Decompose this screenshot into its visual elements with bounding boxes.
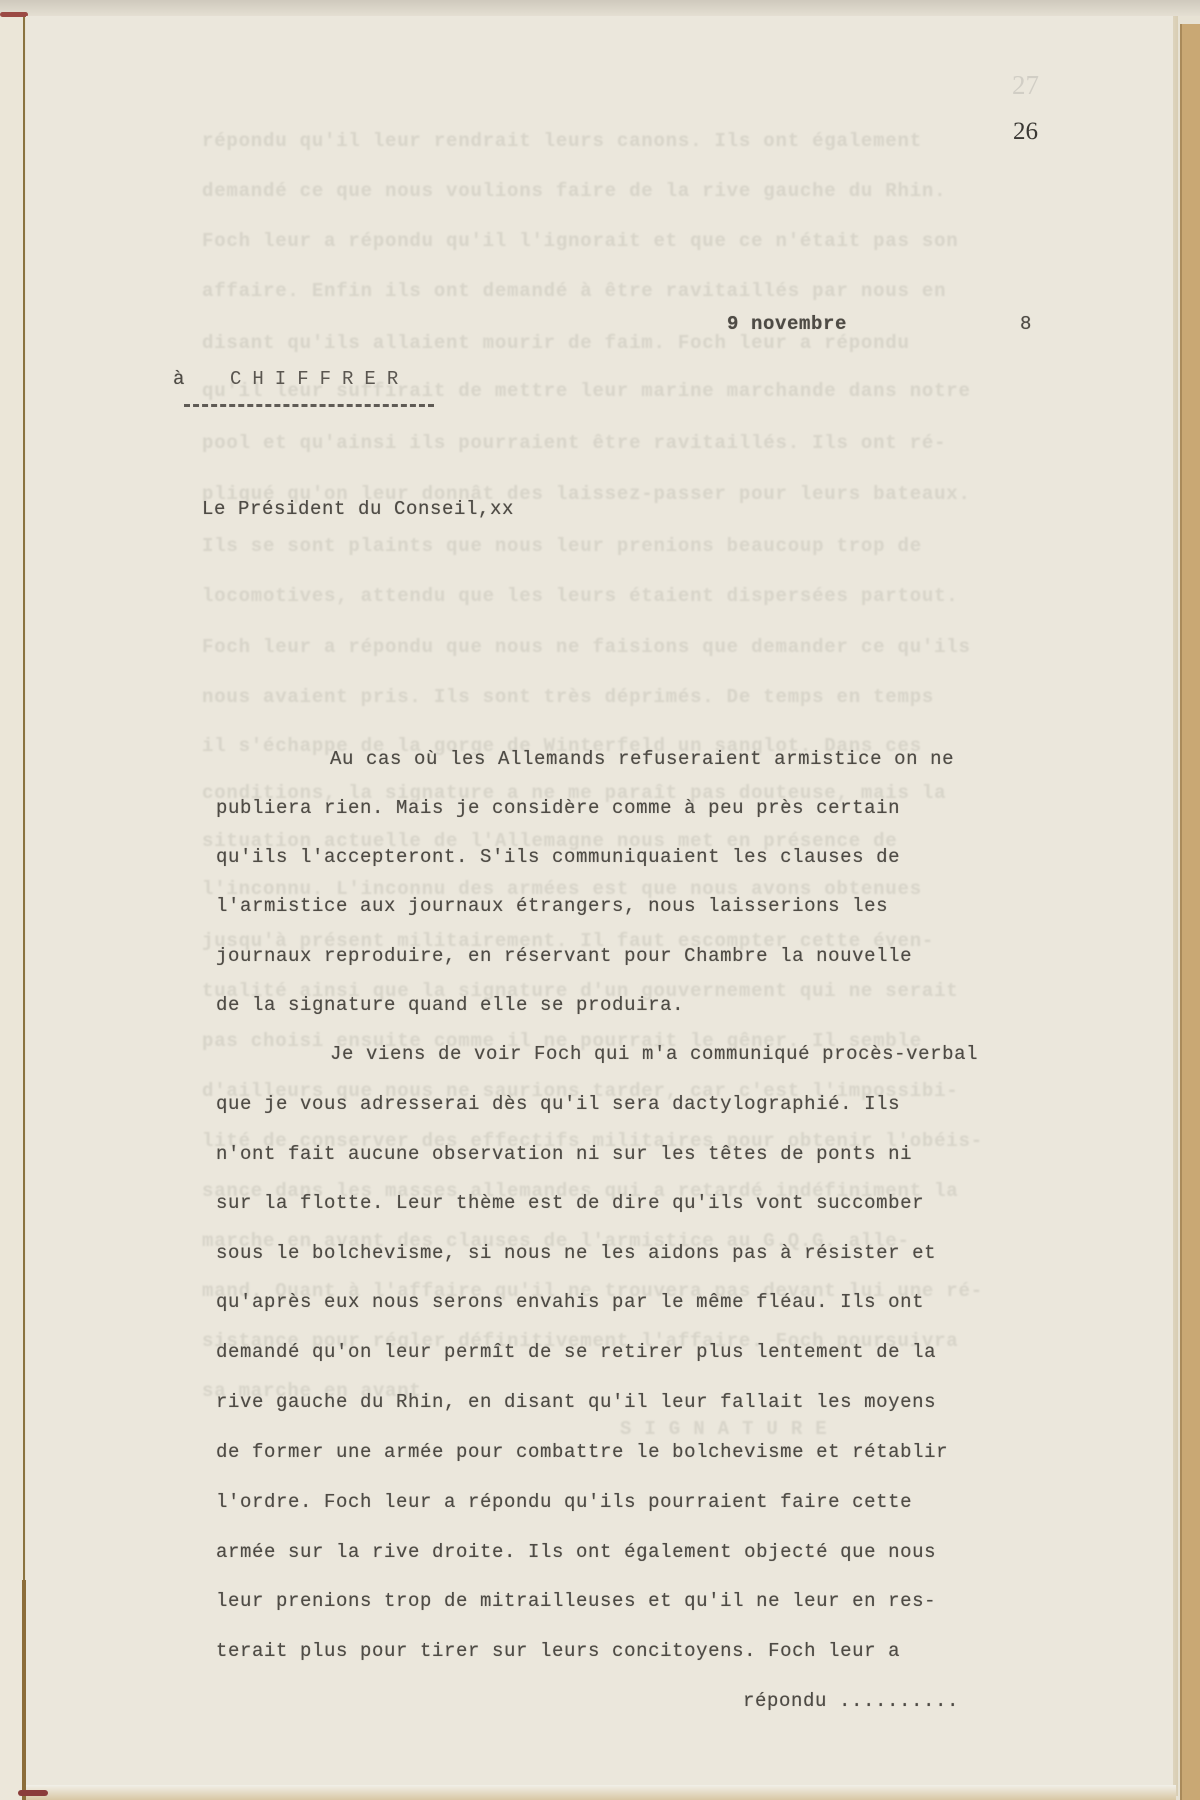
stamp-heading: CHIFFRER [230,368,409,390]
body-line: Je viens de voir Foch qui m'a communiqué… [330,1043,978,1065]
stamp-underline [184,404,434,407]
bleed-line: disant qu'ils allaient mourir de faim. F… [202,332,910,354]
closing-line: répondu .......... [743,1690,959,1712]
faint-page-number: 27 [1012,70,1039,101]
body-line: n'ont fait aucune observation ni sur les… [216,1143,912,1165]
body-line: qu'après eux nous serons envahis par le … [216,1291,924,1313]
date: 9 novembre [727,313,847,335]
body-line: de former une armée pour combattre le bo… [216,1441,948,1463]
body-line: demandé qu'on leur permît de se retirer … [216,1341,936,1363]
body-line: leur prenions trop de mitrailleuses et q… [216,1590,936,1612]
bleed-signature: S I G N A T U R E [620,1418,827,1440]
cover-edge-right [1180,24,1200,1800]
page-bottom-edge [26,1785,1176,1800]
bleed-line: affaire. Enfin ils ont demandé à être ra… [202,280,946,302]
body-line: sous le bolchevisme, si nous ne les aido… [216,1242,936,1264]
body-line: l'ordre. Foch leur a répondu qu'ils pour… [216,1491,912,1513]
body-line: de la signature quand elle se produira. [216,994,684,1016]
bleed-line: Ils se sont plaints que nous leur prenio… [202,535,922,557]
page-number: 26 [1013,118,1038,146]
top-shadow [0,0,1200,16]
binding-left-leaf [0,14,25,1800]
body-line: qu'ils l'accepteront. S'ils communiquaie… [216,846,900,868]
body-line: publiera rien. Mais je considère comme à… [216,797,900,819]
bleed-line: Foch leur a répondu que nous ne faisions… [202,636,971,658]
body-line: sur la flotte. Leur thème est de dire qu… [216,1192,924,1214]
binding-thread-top [0,12,28,17]
body-line: armée sur la rive droite. Ils ont égalem… [216,1541,936,1563]
bleed-line: Foch leur a répondu qu'il l'ignorait et … [202,230,959,252]
stamp-prefix: à [173,368,185,390]
body-line: l'armistice aux journaux étrangers, nous… [216,895,888,917]
body-line: rive gauche du Rhin, en disant qu'il leu… [216,1391,936,1413]
date-suffix: 8 [1020,313,1032,335]
recipient: Le Président du Conseil,xx [202,498,514,520]
body-line: Au cas où les Allemands refuseraient arm… [330,748,954,770]
bleed-line: demandé ce que nous voulions faire de la… [202,180,946,202]
bleed-line: nous avaient pris. Ils sont très déprimé… [202,686,934,708]
bleed-line: répondu qu'il leur rendrait leurs canons… [202,130,922,152]
body-line: que je vous adresserai dès qu'il sera da… [216,1093,900,1115]
body-line: terait plus pour tirer sur leurs concito… [216,1640,900,1662]
body-line: journaux reproduire, en réservant pour C… [216,945,912,967]
binding-thread-bottom [18,1790,48,1796]
bleed-line: pool et qu'ainsi ils pourraient être rav… [202,432,946,454]
document-scan: répondu qu'il leur rendrait leurs canons… [0,0,1200,1800]
bleed-line: locomotives, attendu que les leurs étaie… [202,585,959,607]
binding-lower-leaf [0,1580,26,1800]
